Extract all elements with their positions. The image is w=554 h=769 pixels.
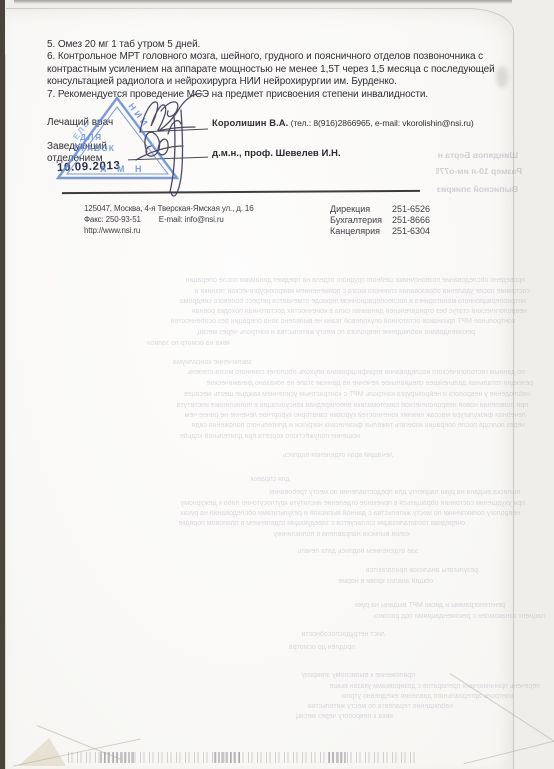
bleedthrough-line: явка на осмотр по записи [80, 340, 230, 348]
footer-address: 125047, Москва, 4-я Тверская-Ямская ул.,… [84, 203, 254, 214]
bleedthrough-line: лечащий врач отделения подпись [213, 452, 393, 460]
scan-artifact-segment [328, 752, 348, 763]
bleedthrough-line: очередная госпитализация согласуется с з… [45, 520, 465, 528]
bleedthrough-line: для справок [200, 476, 290, 484]
bleedthrough-line: зав отделением подпись дата печать [213, 548, 418, 556]
bleedthrough-line: через полгода после операции избегать тя… [55, 422, 525, 430]
physician-contacts: (тел.: 8(916)2866965, e-mail: vkorolishi… [288, 118, 473, 128]
bleedthrough-line: перечень принимаемых препаратов с дозиро… [210, 683, 540, 691]
footer-fax-email-line: Факс: 250-93-51E-mail: info@nsi.ru [84, 214, 254, 225]
bleedthrough-line: при появлении новой неврологической симп… [55, 402, 528, 410]
bleedthrough-line: продлён до осмотра [215, 644, 355, 652]
scanned-medical-document: { "doc": { "recommendations": [ {"text":… [0, 0, 554, 769]
stamp-text-pravok: ПРАВОК [74, 143, 115, 153]
bleedthrough-line: наблюдение у невролога и нейрохирурга ко… [60, 391, 530, 399]
bleedthrough-line: копия выписки направлена в поликлинику [170, 531, 410, 539]
phone-label: Дирекция [330, 204, 392, 215]
bleedthrough-line: приложение к выписному эпикризу [215, 672, 415, 680]
physician-name-line: Королишин В.А. (тел.: 8(916)2866965, e-m… [212, 117, 474, 128]
bleedthrough-line: Размер 10-я им-о779/13 конс 29 [436, 166, 522, 176]
phone-row-direction: Дирекция 251-6526 [330, 204, 430, 215]
bleedthrough-line: рентгенограммы и диски МРТ выданы на рук… [215, 602, 505, 610]
phone-row-accounting: Бухгалтерия 251-8666 [330, 215, 430, 226]
footer-phones-block: Дирекция 251-6526 Бухгалтерия 251-8666 К… [330, 204, 430, 237]
bleedthrough-line: неврологический статус без отрицательной… [55, 308, 527, 316]
phone-number: 251-8666 [392, 215, 430, 226]
bleedthrough-line: по данным гистологического исследования … [55, 369, 525, 377]
bleedthrough-line: неврологу поликлиники по месту жительств… [40, 510, 520, 518]
footer-email: E-mail: info@nsi.ru [159, 215, 224, 224]
scan-artifact-segment [214, 752, 242, 763]
bleedthrough-line: Шиндяпов Берта на [438, 150, 518, 160]
phone-label: Канцелярия [330, 226, 392, 237]
bleedthrough-line: контроль артериального давления ежедневн… [213, 693, 513, 701]
footer-website: http://www.nsi.ru [84, 225, 254, 236]
bleedthrough-line: резекции тотальная дальнейшее специально… [55, 380, 533, 388]
bleedthrough-line: заключение консилиума [112, 359, 252, 367]
bleedthrough-line: лечебная физкультура массаж нижних конеч… [58, 412, 526, 420]
bleedthrough-line: интраоперационного мониторинга в послеоп… [58, 298, 526, 306]
bleedthrough-line: результаты анализов прилагаются [278, 567, 478, 575]
phone-label: Бухгалтерия [330, 215, 392, 226]
recommendation-item-6: 6. Контрольное МРТ головного мозга, шейн… [47, 51, 515, 88]
bleedthrough-line: проведено обследование позвоночника шейн… [60, 277, 525, 285]
bleedthrough-line: состояние после удаления образования спи… [55, 288, 530, 296]
bleedthrough-line: пациент ознакомлен с рекомендациями под … [215, 613, 545, 621]
bleedthrough-line: Выписной эпикриз отделения [436, 184, 518, 194]
bleedthrough-line: лист нетрудоспособности [215, 631, 385, 639]
footer-contact-block: 125047, Москва, 4-я Тверская-Ямская ул.,… [84, 203, 254, 236]
scan-top-shadow [14, 0, 512, 4]
bleedthrough-line: наблюдение терапевта по месту жительства [213, 703, 453, 711]
bleedthrough-line: общий анализ крови в норме [278, 578, 433, 586]
phone-number: 251-6526 [392, 204, 430, 215]
footer-fax: Факс: 250-93-51 [84, 215, 141, 224]
bleedthrough-line: рекомендовано наблюдение невролога по ме… [80, 329, 475, 337]
bleedthrough-line: контрольное МРТ признаков остаточной опу… [60, 318, 515, 326]
bleedthrough-line: при ухудшении состояния обращаться в при… [35, 500, 525, 508]
bleedthrough-line: выписка выдана на руки пациенту для пред… [170, 489, 520, 497]
recommendation-item-5: 5. Омез 20 мг 1 таб утром 5 дней. [47, 39, 515, 51]
phone-row-office: Канцелярия 251-6304 [330, 226, 430, 237]
phone-number: 251-6304 [392, 226, 430, 237]
bleedthrough-line: явка к неврологу через месяц [213, 713, 393, 721]
bleedthrough-line: ношение полужёсткого корсета при длитель… [60, 433, 360, 441]
